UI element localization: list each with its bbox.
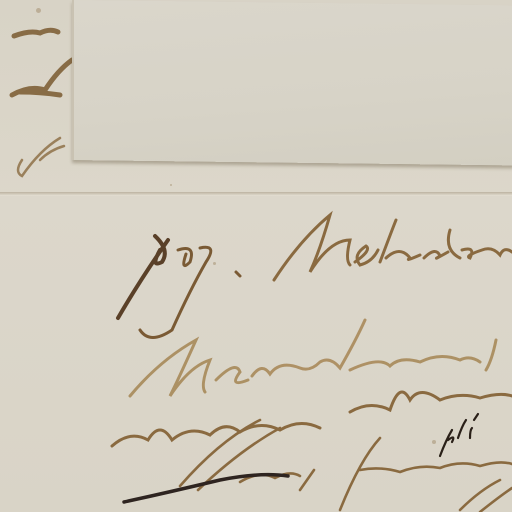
ink-fleck [170, 184, 172, 186]
ink-fleck [213, 262, 216, 265]
ink-fleck [432, 440, 436, 444]
main-handwriting [0, 0, 512, 512]
ink-fleck [36, 8, 41, 13]
